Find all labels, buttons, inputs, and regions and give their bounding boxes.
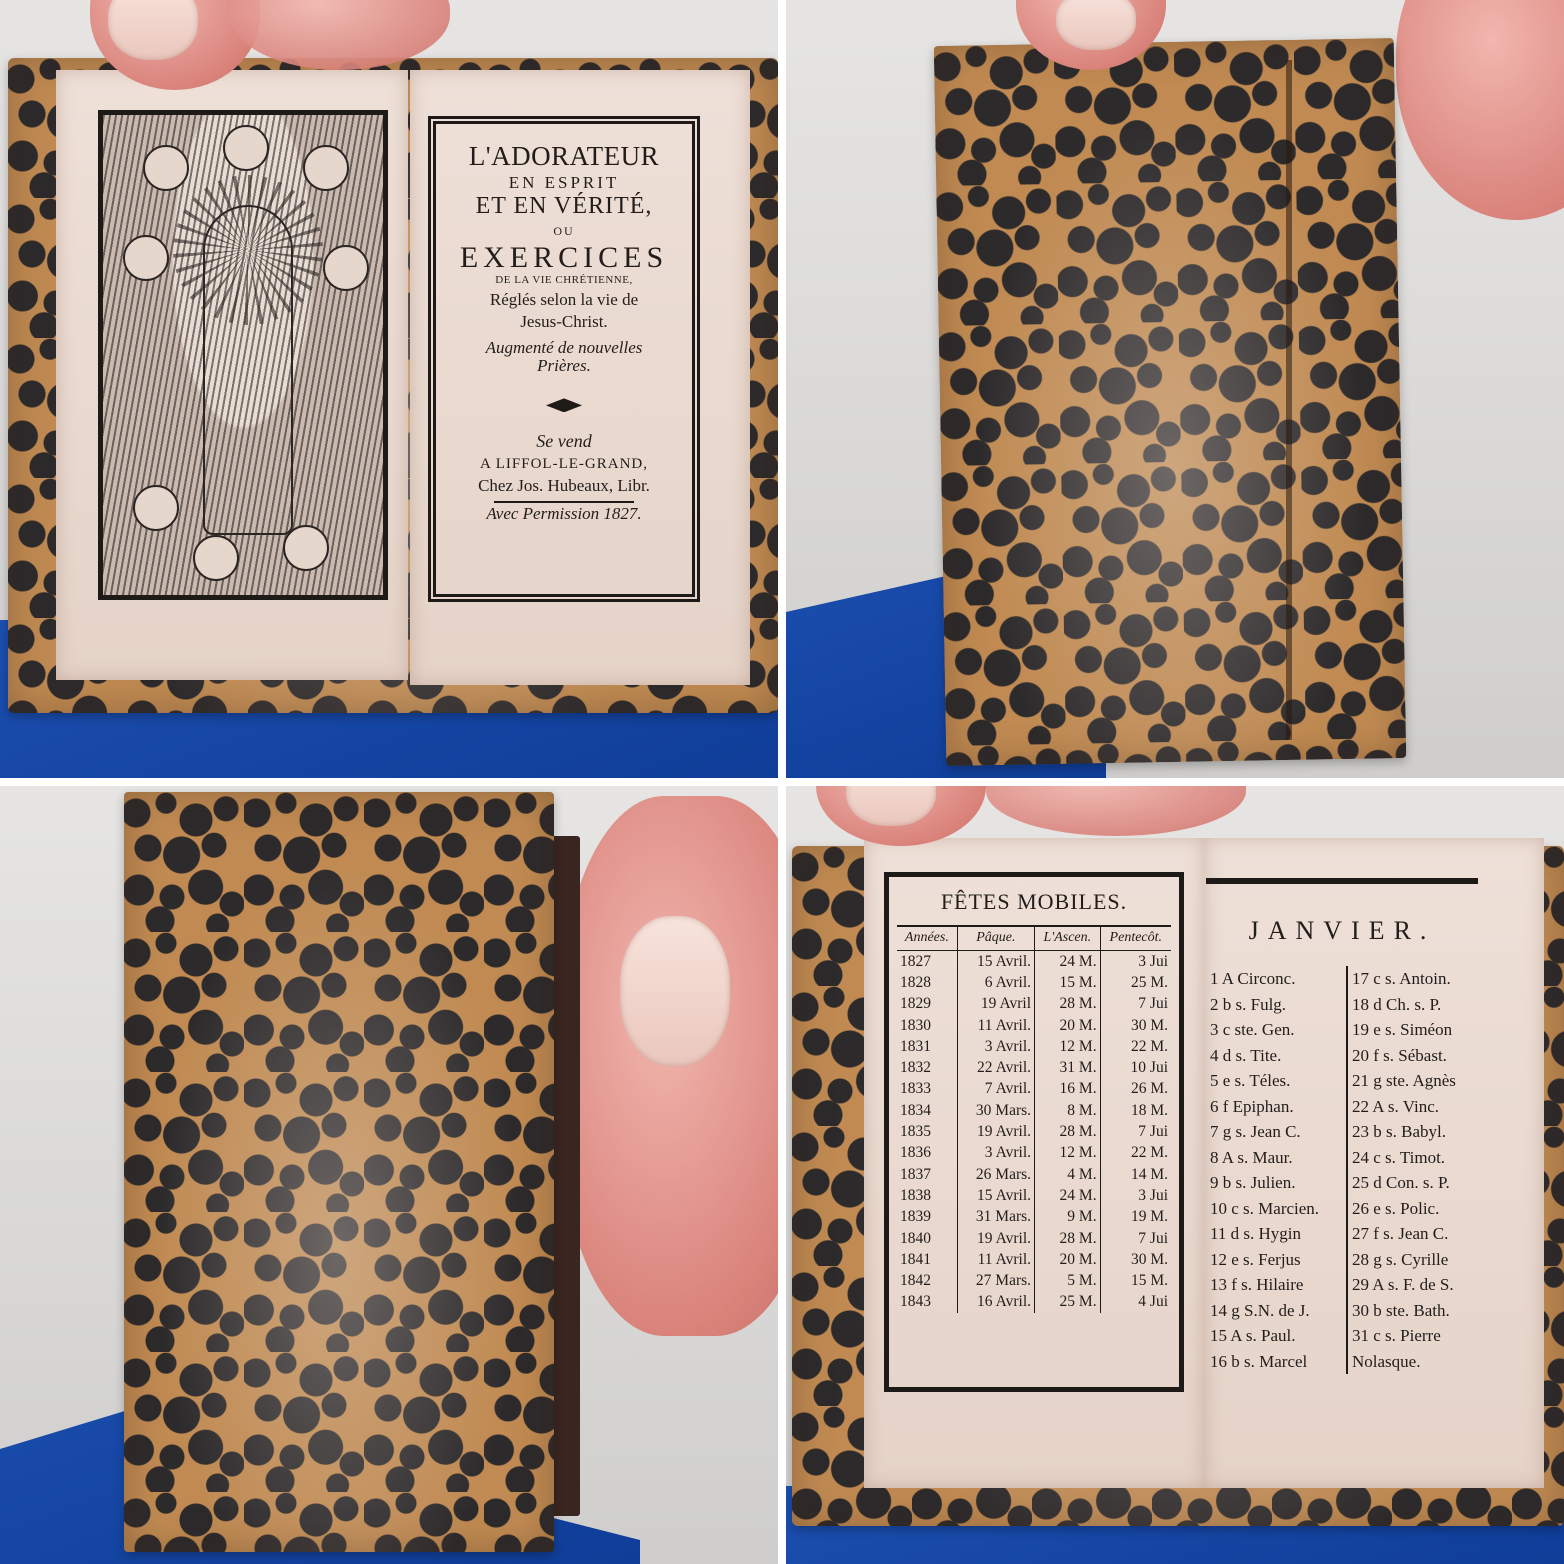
table-cell: 16 M. xyxy=(1035,1078,1101,1099)
table-cell: 1828 xyxy=(897,972,957,993)
calendar-day-entry: 4 d s. Tite. xyxy=(1210,1043,1342,1069)
calendar-day-entry: 19 e s. Siméon xyxy=(1352,1017,1482,1043)
cherub-icon xyxy=(143,145,189,191)
calendar-day-entry: 23 b s. Babyl. xyxy=(1352,1119,1482,1145)
calendar-day-entry: 30 b ste. Bath. xyxy=(1352,1298,1482,1324)
column-header: Années. xyxy=(897,926,957,950)
table-cell: 1843 xyxy=(897,1291,957,1312)
table-cell: 11 Avril. xyxy=(957,1249,1034,1270)
table-cell: 19 Avril. xyxy=(957,1228,1034,1249)
calendar-day-entry: 29 A s. F. de S. xyxy=(1352,1272,1482,1298)
table-cell: 22 M. xyxy=(1100,1142,1171,1163)
photo-collage: L'ADORATEUR EN ESPRIT ET EN VÉRITÉ, OU E… xyxy=(0,0,1564,1564)
calendar-day-entry: 20 f s. Sébast. xyxy=(1352,1043,1482,1069)
table-cell: 15 M. xyxy=(1100,1270,1171,1291)
calendar-day-entry: 31 c s. Pierre xyxy=(1352,1323,1482,1349)
table-cell: 1831 xyxy=(897,1036,957,1057)
table-cell: 26 Mars. xyxy=(957,1164,1034,1185)
calendar-day-entry: 22 A s. Vinc. xyxy=(1352,1094,1482,1120)
title-line: Prières. xyxy=(446,357,682,375)
calendar-day-entry: 15 A s. Paul. xyxy=(1210,1323,1342,1349)
calendar-day-entry: 5 e s. Téles. xyxy=(1210,1068,1342,1094)
calendar-day-entry: 24 c s. Timot. xyxy=(1352,1145,1482,1171)
imprint-place: A LIFFOL-LE-GRAND, xyxy=(446,457,682,473)
calendar-day-entry: 1 A Circonc. xyxy=(1210,966,1342,992)
table-cell: 3 Jui xyxy=(1100,1185,1171,1206)
imprint-sold: Se vend xyxy=(446,432,682,451)
calendar-day-entry: 16 b s. Marcel xyxy=(1210,1349,1342,1375)
table-row: 184111 Avril.20 M.30 M. xyxy=(897,1249,1171,1270)
calendar-day-entry: 18 d Ch. s. P. xyxy=(1352,992,1482,1018)
table-cell: 1830 xyxy=(897,1015,957,1036)
table-cell: 20 M. xyxy=(1035,1249,1101,1270)
divider xyxy=(494,501,634,503)
title-line: L'ADORATEUR xyxy=(446,142,682,170)
table-cell: 19 Avril. xyxy=(957,1121,1034,1142)
panel-front-cover xyxy=(786,0,1564,778)
calendar-day-entry: 13 f s. Hilaire xyxy=(1210,1272,1342,1298)
calendar-day-entry: 28 g s. Cyrille xyxy=(1352,1247,1482,1273)
table-cell: 4 M. xyxy=(1035,1164,1101,1185)
imprint-permission: Avec Permission 1827. xyxy=(446,505,682,523)
calendar-day-entry: 26 e s. Polic. xyxy=(1352,1196,1482,1222)
table-cell: 26 M. xyxy=(1100,1078,1171,1099)
table-cell: 9 M. xyxy=(1035,1206,1101,1227)
table-row: 184019 Avril.28 M.7 Jui xyxy=(897,1228,1171,1249)
table-row: 184316 Avril.25 M.4 Jui xyxy=(897,1291,1171,1312)
table-row: 183519 Avril.28 M.7 Jui xyxy=(897,1121,1171,1142)
table-cell: 16 Avril. xyxy=(957,1291,1034,1312)
table-row: 18313 Avril.12 M.22 M. xyxy=(897,1036,1171,1057)
janvier-header-rule xyxy=(1206,878,1478,884)
table-row: 183726 Mars.4 M.14 M. xyxy=(897,1164,1171,1185)
table-cell: 30 M. xyxy=(1100,1015,1171,1036)
calendar-day-entry: 25 d Con. s. P. xyxy=(1352,1170,1482,1196)
table-cell: 30 Mars. xyxy=(957,1100,1034,1121)
table-cell: 24 M. xyxy=(1035,950,1101,972)
thumbnail xyxy=(846,786,936,826)
table-row: 183430 Mars.8 M.18 M. xyxy=(897,1100,1171,1121)
table-cell: 25 M. xyxy=(1035,1291,1101,1312)
calendar-day-entry: 9 b s. Julien. xyxy=(1210,1170,1342,1196)
table-cell: 1836 xyxy=(897,1142,957,1163)
table-cell: 15 Avril. xyxy=(957,1185,1034,1206)
title-line: EXERCICES xyxy=(446,242,682,274)
table-cell: 12 M. xyxy=(1035,1142,1101,1163)
title-line: Réglés selon la vie de xyxy=(446,291,682,309)
title-line: OU xyxy=(446,225,682,238)
hand xyxy=(560,796,778,1336)
calendar-day-entry: Nolasque. xyxy=(1352,1349,1482,1375)
calendar-day-entry: 12 e s. Ferjus xyxy=(1210,1247,1342,1273)
table-cell: 30 M. xyxy=(1100,1249,1171,1270)
column-header: L'Ascen. xyxy=(1035,926,1101,950)
table-cell: 28 M. xyxy=(1035,1228,1101,1249)
table-cell: 1841 xyxy=(897,1249,957,1270)
table-cell: 3 Avril. xyxy=(957,1142,1034,1163)
panel-calendar-spread: FÊTES MOBILES. Années. Pâque. L'Ascen. P… xyxy=(786,786,1564,1564)
calendar-day-entry: 8 A s. Maur. xyxy=(1210,1145,1342,1171)
title-line: Jesus-Christ. xyxy=(446,313,682,331)
table-cell: 1832 xyxy=(897,1057,957,1078)
woodcut-frontispiece-illustration xyxy=(98,110,388,600)
table-cell: 25 M. xyxy=(1100,972,1171,993)
table-cell: 15 M. xyxy=(1035,972,1101,993)
table-cell: 1829 xyxy=(897,993,957,1014)
table-cell: 14 M. xyxy=(1100,1164,1171,1185)
table-row: 18363 Avril.12 M.22 M. xyxy=(897,1142,1171,1163)
cherub-icon xyxy=(283,525,329,571)
cherub-icon xyxy=(193,535,239,581)
calendar-day-entry: 6 f Epiphan. xyxy=(1210,1094,1342,1120)
table-cell: 1838 xyxy=(897,1185,957,1206)
fetes-mobiles-title: FÊTES MOBILES. xyxy=(897,889,1171,915)
table-cell: 22 M. xyxy=(1100,1036,1171,1057)
table-row: 183222 Avril.31 M.10 Jui xyxy=(897,1057,1171,1078)
table-cell: 27 Mars. xyxy=(957,1270,1034,1291)
table-cell: 19 Avril xyxy=(957,993,1034,1014)
diamond-ornament-icon xyxy=(546,398,582,412)
janvier-title: JANVIER. xyxy=(1206,916,1478,946)
table-cell: 24 M. xyxy=(1035,1185,1101,1206)
calendar-day-entry: 10 c s. Marcien. xyxy=(1210,1196,1342,1222)
table-cell: 11 Avril. xyxy=(957,1015,1034,1036)
title-line: DE LA VIE CHRÉTIENNE, xyxy=(446,275,682,287)
table-cell: 8 M. xyxy=(1035,1100,1101,1121)
table-cell: 20 M. xyxy=(1035,1015,1101,1036)
table-cell: 1835 xyxy=(897,1121,957,1142)
table-cell: 12 M. xyxy=(1035,1036,1101,1057)
janvier-column-left: 1 A Circonc.2 b s. Fulg.3 c ste. Gen.4 d… xyxy=(1206,966,1346,1374)
imprint-printer: Chez Jos. Hubeaux, Libr. xyxy=(446,477,682,495)
cherub-icon xyxy=(323,245,369,291)
table-cell: 1827 xyxy=(897,950,957,972)
table-cell: 5 M. xyxy=(1035,1270,1101,1291)
table-cell: 18 M. xyxy=(1100,1100,1171,1121)
fetes-mobiles-table: Années. Pâque. L'Ascen. Pentecôt. 182715… xyxy=(897,925,1171,1313)
panel-back-cover xyxy=(0,786,778,1564)
table-row: 183931 Mars.9 M.19 M. xyxy=(897,1206,1171,1227)
calendar-day-entry: 7 g s. Jean C. xyxy=(1210,1119,1342,1145)
title-line: ET EN VÉRITÉ, xyxy=(446,194,682,219)
table-row: 183011 Avril.20 M.30 M. xyxy=(897,1015,1171,1036)
table-row: 18337 Avril.16 M.26 M. xyxy=(897,1078,1171,1099)
table-cell: 31 Mars. xyxy=(957,1206,1034,1227)
table-row: 18286 Avril.15 M.25 M. xyxy=(897,972,1171,993)
table-cell: 6 Avril. xyxy=(957,972,1034,993)
janvier-column-right: 17 c s. Antoin.18 d Ch. s. P.19 e s. Sim… xyxy=(1346,966,1486,1374)
table-row: 182715 Avril.24 M.3 Jui xyxy=(897,950,1171,972)
column-header: Pâque. xyxy=(957,926,1034,950)
spine-crease xyxy=(1286,60,1292,740)
calendar-day-entry: 3 c ste. Gen. xyxy=(1210,1017,1342,1043)
table-cell: 3 Jui xyxy=(1100,950,1171,972)
table-cell: 1840 xyxy=(897,1228,957,1249)
table-cell: 10 Jui xyxy=(1100,1057,1171,1078)
thumbnail xyxy=(108,0,198,60)
table-row: 182919 Avril28 M.7 Jui xyxy=(897,993,1171,1014)
calendar-day-entry: 21 g ste. Agnès xyxy=(1352,1068,1482,1094)
fetes-mobiles-table-frame: FÊTES MOBILES. Années. Pâque. L'Ascen. P… xyxy=(884,872,1184,1392)
title-line: Augmenté de nouvelles xyxy=(446,339,682,357)
thumbnail xyxy=(1056,0,1136,50)
table-cell: 7 Jui xyxy=(1100,1121,1171,1142)
table-cell: 1834 xyxy=(897,1100,957,1121)
calendar-day-entry: 11 d s. Hygin xyxy=(1210,1221,1342,1247)
calendar-day-entry: 17 c s. Antoin. xyxy=(1352,966,1482,992)
book-front-cover-marbled xyxy=(934,38,1406,766)
thumbnail xyxy=(620,916,730,1066)
table-cell: 1837 xyxy=(897,1164,957,1185)
christ-child-figure xyxy=(203,205,293,535)
cherub-icon xyxy=(123,235,169,281)
cherub-icon xyxy=(303,145,349,191)
table-cell: 4 Jui xyxy=(1100,1291,1171,1312)
title-line: EN ESPRIT xyxy=(446,174,682,192)
title-page-frame: L'ADORATEUR EN ESPRIT ET EN VÉRITÉ, OU E… xyxy=(428,116,700,602)
table-cell: 15 Avril. xyxy=(957,950,1034,972)
panel-title-page-spread: L'ADORATEUR EN ESPRIT ET EN VÉRITÉ, OU E… xyxy=(0,0,778,778)
table-cell: 3 Avril. xyxy=(957,1036,1034,1057)
calendar-day-entry: 14 g S.N. de J. xyxy=(1210,1298,1342,1324)
table-cell: 22 Avril. xyxy=(957,1057,1034,1078)
calendar-day-entry: 2 b s. Fulg. xyxy=(1210,992,1342,1018)
table-cell: 1833 xyxy=(897,1078,957,1099)
table-row: 184227 Mars.5 M.15 M. xyxy=(897,1270,1171,1291)
table-cell: 7 Jui xyxy=(1100,993,1171,1014)
table-cell: 28 M. xyxy=(1035,1121,1101,1142)
table-cell: 7 Jui xyxy=(1100,1228,1171,1249)
table-cell: 31 M. xyxy=(1035,1057,1101,1078)
cherub-icon xyxy=(223,125,269,171)
column-header: Pentecôt. xyxy=(1100,926,1171,950)
calendar-day-entry: 27 f s. Jean C. xyxy=(1352,1221,1482,1247)
book-back-cover-marbled xyxy=(124,792,554,1552)
table-cell: 28 M. xyxy=(1035,993,1101,1014)
table-cell: 1839 xyxy=(897,1206,957,1227)
janvier-calendar: 1 A Circonc.2 b s. Fulg.3 c ste. Gen.4 d… xyxy=(1206,966,1486,1374)
table-cell: 1842 xyxy=(897,1270,957,1291)
table-cell: 7 Avril. xyxy=(957,1078,1034,1099)
table-cell: 19 M. xyxy=(1100,1206,1171,1227)
cherub-icon xyxy=(133,485,179,531)
table-row: 183815 Avril.24 M.3 Jui xyxy=(897,1185,1171,1206)
